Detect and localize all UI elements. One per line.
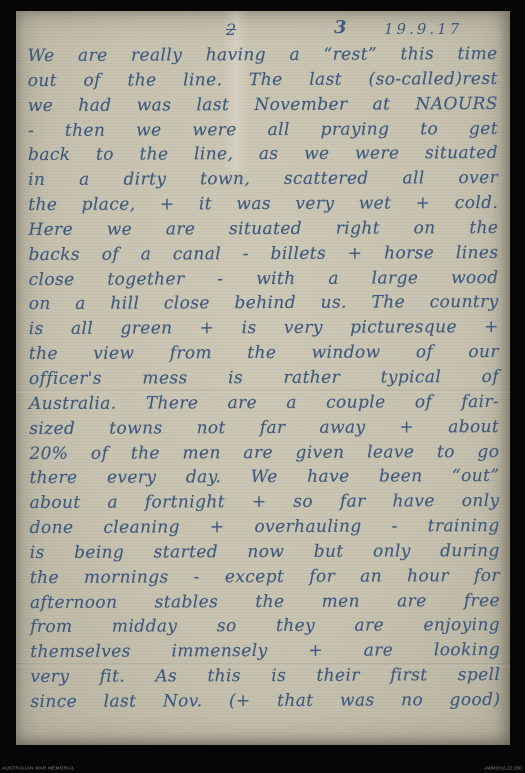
handwritten-line: close together - with a large wood <box>29 266 499 293</box>
handwritten-line: is being started now but only during <box>30 539 500 566</box>
handwritten-line: Australia. There are a couple of fair- <box>29 390 499 417</box>
handwritten-line: about a fortnight + so far have only <box>29 489 499 516</box>
handwritten-line: the view from the window of our <box>29 340 499 367</box>
handwritten-line: 20% of the men are given leave to go <box>29 439 499 466</box>
handwritten-line: very fit. As this is their first spell <box>30 663 500 690</box>
handwritten-line: we had was last November at NAOURS <box>28 92 498 119</box>
handwritten-line: - then we were all praying to get <box>28 117 498 144</box>
handwritten-line: there every day. We have been “out” <box>29 464 499 491</box>
page-number-struck: 2 <box>226 20 236 39</box>
catalog-number: AWM2016.22.250 <box>484 766 522 771</box>
handwritten-line: from midday so they are enjoying <box>30 613 500 640</box>
letter-header: 2 3 19.9.17 <box>16 11 510 45</box>
handwritten-line: the place, + it was very wet + cold. <box>28 191 498 218</box>
handwritten-line: We are really having a “rest” this time <box>28 42 498 69</box>
letter-page: 2 3 19.9.17 We are really having a “rest… <box>16 11 510 745</box>
handwritten-line: themselves immensely + are looking <box>30 638 500 665</box>
handwritten-line: in a dirty town, scattered all over <box>28 166 498 193</box>
handwritten-line: on a hill close behind us. The country <box>29 290 499 317</box>
handwritten-line: sized towns not far away + about <box>29 415 499 442</box>
handwritten-line: back to the line, as we were situated <box>28 141 498 168</box>
archive-watermark: AUSTRALIAN WAR MEMORIAL <box>2 766 75 771</box>
letter-body: We are really having a “rest” this time … <box>28 42 501 715</box>
page-number: 3 <box>334 17 347 38</box>
handwritten-line: Here we are situated right on the <box>28 216 498 243</box>
handwritten-line: officer's mess is rather typical of <box>29 365 499 392</box>
letter-date: 19.9.17 <box>384 20 462 38</box>
handwritten-line: backs of a canal - billets + horse lines <box>28 241 498 268</box>
handwritten-line: done cleaning + overhauling - training <box>30 514 500 541</box>
handwritten-line: is all green + is very picturesque + <box>29 315 499 342</box>
handwritten-line: out of the line. The last (so-called)res… <box>28 67 498 94</box>
handwritten-line: since last Nov. (+ that was no good) <box>30 688 500 715</box>
handwritten-line: the mornings - except for an hour for <box>30 564 500 591</box>
handwritten-line: afternoon stables the men are free <box>30 589 500 616</box>
scan-background: 2 3 19.9.17 We are really having a “rest… <box>0 0 525 773</box>
